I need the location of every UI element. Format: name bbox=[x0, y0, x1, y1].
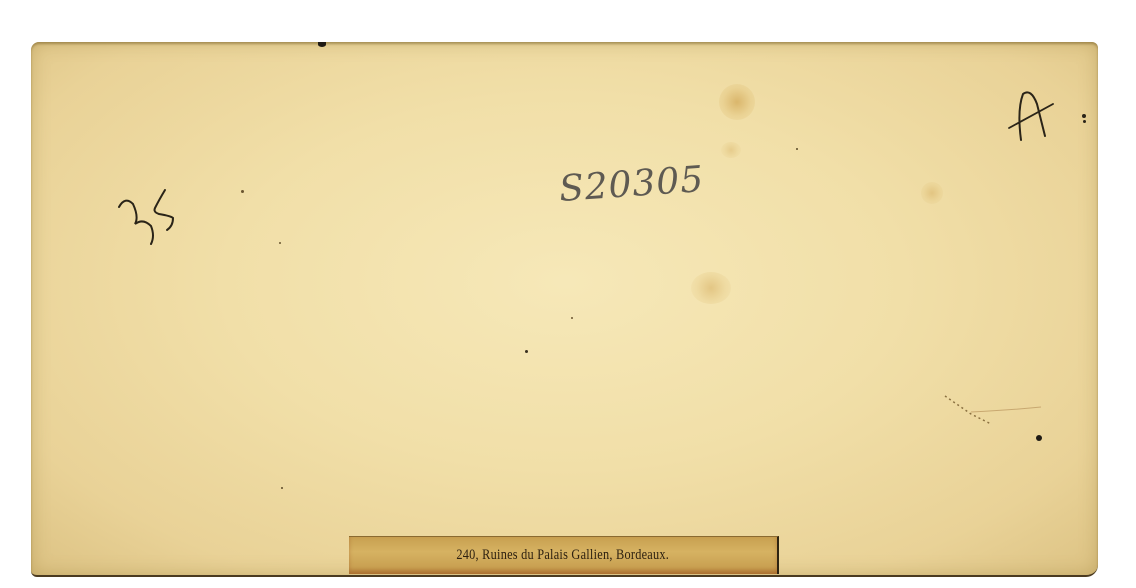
speck bbox=[281, 487, 283, 489]
speck bbox=[1083, 120, 1086, 123]
speck bbox=[1082, 114, 1086, 118]
stain bbox=[921, 182, 943, 204]
handwritten-a-mark bbox=[1001, 80, 1061, 150]
stain bbox=[721, 142, 741, 158]
speck bbox=[525, 350, 528, 353]
stain bbox=[691, 272, 731, 304]
scratch-mark bbox=[941, 392, 1051, 432]
speck bbox=[571, 317, 573, 319]
stereoview-card-back: S20305 240, Ruines du Palais Gallien, Bo… bbox=[31, 42, 1098, 577]
handwritten-35-mark bbox=[111, 182, 181, 252]
speck bbox=[796, 148, 798, 150]
speck bbox=[318, 42, 326, 47]
title-label-text: 240, Ruines du Palais Gallien, Bordeaux. bbox=[457, 547, 670, 564]
speck bbox=[1036, 435, 1042, 441]
speck bbox=[279, 242, 281, 244]
stain bbox=[719, 84, 755, 120]
title-label-strip: 240, Ruines du Palais Gallien, Bordeaux. bbox=[349, 536, 779, 574]
speck bbox=[241, 190, 244, 193]
inventory-number: S20305 bbox=[558, 159, 706, 210]
